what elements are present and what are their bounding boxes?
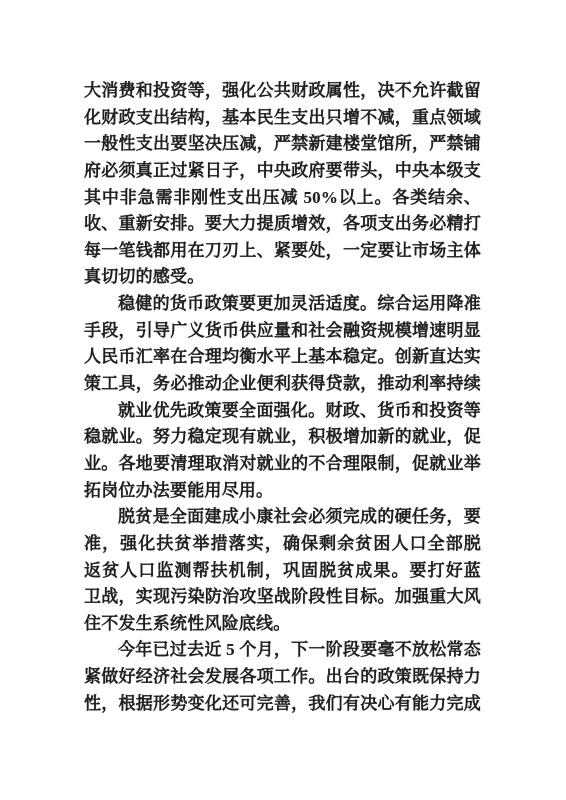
document-body-text: 大消费和投资等，强化公共财政属性，决不允许截留挪用。要大力优化财政支出结构，基本… (84, 78, 481, 717)
text-line: 就业优先政策要全面强化。财政、货币和投资等政策要聚力支持 (84, 398, 481, 425)
text-line: 卫战，实现污染防治攻坚战阶段性目标。加强重大风险防控，坚决守 (84, 584, 481, 611)
paragraph: 今年已过去近 5 个月，下一阶段要毫不放松常态化疫情防控，抓紧做好经济社会发展各… (84, 637, 481, 717)
text-line: 手段，引导广义货币供应量和社会融资规模增速明显高于去年。保持 (84, 318, 481, 345)
text-line: 人民币汇率在合理均衡水平上基本稳定。创新直达实体经济的货币政 (84, 344, 481, 371)
text-line: 住不发生系统性风险底线。 (84, 611, 481, 638)
text-line: 收、重新安排。要大力提质增效，各项支出务必精打细算，一定要把 (84, 211, 481, 238)
text-line: 业。各地要清理取消对就业的不合理限制，促就业举措要应出尽出， (84, 451, 481, 478)
paragraph: 脱贫是全面建成小康社会必须完成的硬任务，要坚持现行脱贫标准，强化扶贫举措落实，确… (84, 504, 481, 637)
text-line: 策工具，务必推动企业便利获得贷款，推动利率持续下行。 (84, 371, 481, 398)
text-line: 准，强化扶贫举措落实，确保剩余贫困人口全部脱贫，健全和执行好 (84, 531, 481, 558)
text-line: 拓岗位办法要能用尽用。 (84, 478, 481, 505)
text-line: 今年已过去近 5 个月，下一阶段要毫不放松常态化疫情防控，抓 (84, 637, 481, 664)
text-line: 府必须真正过紧日子，中央政府要带头，中央本级支出安排负增长， (84, 158, 481, 185)
text-line: 大消费和投资等，强化公共财政属性，决不允许截留挪用。要大力优 (84, 78, 481, 105)
paragraph: 稳健的货币政策要更加灵活适度。综合运用降准降息、再贷款等手段，引导广义货币供应量… (84, 291, 481, 398)
paragraph: 就业优先政策要全面强化。财政、货币和投资等政策要聚力支持稳就业。努力稳定现有就业… (84, 398, 481, 505)
text-line: 返贫人口监测帮扶机制，巩固脱贫成果。要打好蓝天、碧水、净土保 (84, 558, 481, 585)
text-line: 真切切的感受。 (84, 264, 481, 291)
text-line: 其中非急需非刚性支出压减 50%以上。各类结余、沉淀资金要应收尽 (84, 185, 481, 212)
text-line: 脱贫是全面建成小康社会必须完成的硬任务，要坚持现行脱贫标 (84, 504, 481, 531)
text-line: 化财政支出结构，基本民生支出只增不减，重点领域支出要切实保障， (84, 105, 481, 132)
text-line: 稳就业。努力稳定现有就业，积极增加新的就业，促进失业人员再就 (84, 424, 481, 451)
text-line: 一般性支出要坚决压减，严禁新建楼堂馆所，严禁铺张浪费。各级政 (84, 131, 481, 158)
document-page: 大消费和投资等，强化公共财政属性，决不允许截留挪用。要大力优化财政支出结构，基本… (0, 0, 566, 800)
paragraph: 大消费和投资等，强化公共财政属性，决不允许截留挪用。要大力优化财政支出结构，基本… (84, 78, 481, 291)
text-line: 每一笔钱都用在刀刃上、紧要处，一定要让市场主体和人民群众有真 (84, 238, 481, 265)
text-line: 紧做好经济社会发展各项工作。出台的政策既保持力度又考虑可持续 (84, 664, 481, 691)
text-line: 性，根据形势变化还可完善，我们有决心有能力完成全年目标任务。 (84, 691, 481, 718)
text-line: 稳健的货币政策要更加灵活适度。综合运用降准降息、再贷款等 (84, 291, 481, 318)
